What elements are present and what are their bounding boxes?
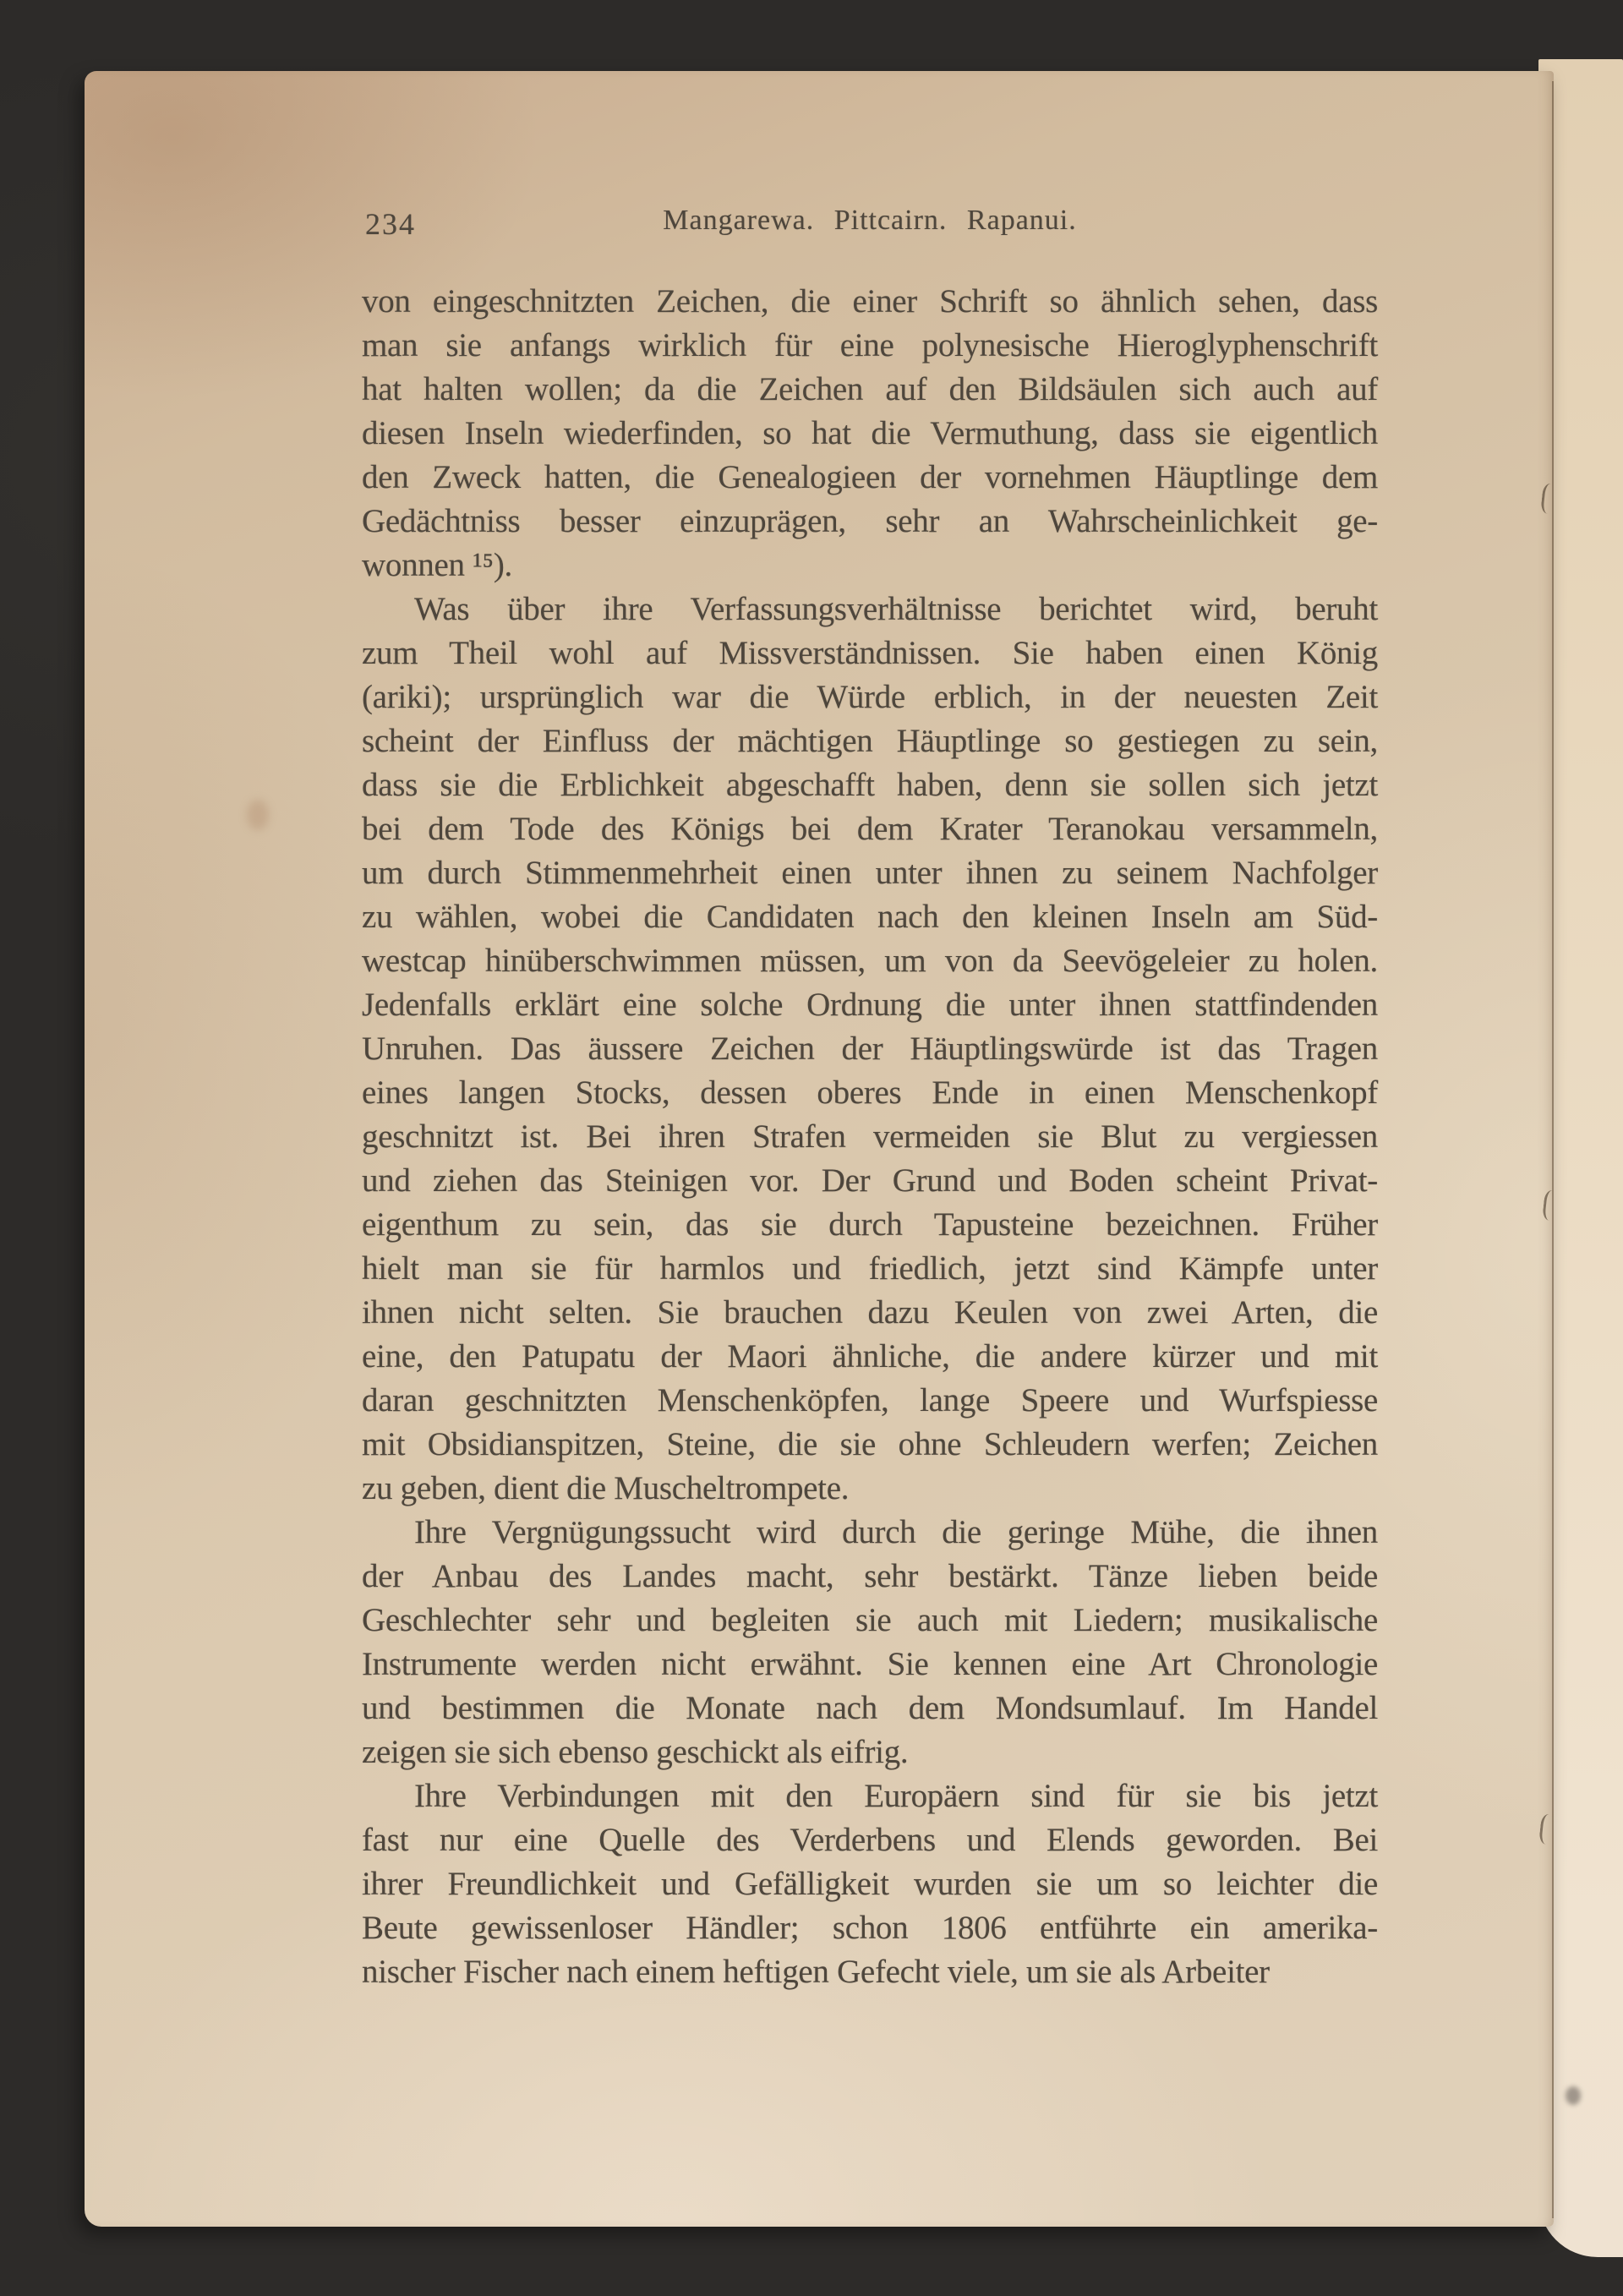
text-line: scheint der Einfluss der mächtigen Häupt… bbox=[362, 719, 1378, 763]
text-line: daran geschnitzten Menschenköpfen, lange… bbox=[362, 1379, 1378, 1423]
paragraph: von eingeschnitzten Zeichen, die einer S… bbox=[362, 280, 1378, 588]
text-line: ihnen nicht selten. Sie brauchen dazu Ke… bbox=[362, 1291, 1378, 1335]
paper-speck bbox=[1566, 2086, 1581, 2105]
text-line: westcap hinüberschwimmen müssen, um von … bbox=[362, 939, 1378, 983]
text-line: Geschlechter sehr und begleiten sie auch… bbox=[362, 1599, 1378, 1643]
paragraph: Ihre Vergnügungssucht wird durch die ger… bbox=[362, 1511, 1378, 1774]
text-line: eines langen Stocks, dessen oberes Ende … bbox=[362, 1071, 1378, 1115]
body-text: von eingeschnitzten Zeichen, die einer S… bbox=[362, 280, 1378, 1994]
text-line: fast nur eine Quelle des Verderbens und … bbox=[362, 1818, 1378, 1862]
text-line: zum Theil wohl auf Missverständnissen. S… bbox=[362, 631, 1378, 675]
text-line: der Anbau des Landes macht, sehr bestärk… bbox=[362, 1555, 1378, 1599]
book-page: 234 Mangarewa. Pittcairn. Rapanui. von e… bbox=[85, 71, 1554, 2227]
text-line: nischer Fischer nach einem heftigen Gefe… bbox=[362, 1950, 1378, 1994]
paragraph: Ihre Verbindungen mit den Europäern sind… bbox=[362, 1774, 1378, 1994]
page-number: 234 bbox=[365, 206, 416, 242]
text-line: zu wählen, wobei die Candidaten nach den… bbox=[362, 895, 1378, 939]
text-line: zu geben, dient die Muscheltrompete. bbox=[362, 1467, 1378, 1511]
text-line: man sie anfangs wirklich für eine polyne… bbox=[362, 324, 1378, 368]
text-line: Gedächtniss besser einzuprägen, sehr an … bbox=[362, 500, 1378, 544]
paragraph: Was über ihre Verfassungsverhältnisse be… bbox=[362, 588, 1378, 1511]
page-edge-line bbox=[1552, 81, 1554, 2218]
text-line: (ariki); ursprünglich war die Würde erbl… bbox=[362, 675, 1378, 719]
text-line: wonnen ¹⁵). bbox=[362, 544, 1378, 588]
running-header: Mangarewa. Pittcairn. Rapanui. bbox=[362, 205, 1378, 237]
text-line: hielt man sie für harmlos und friedlich,… bbox=[362, 1247, 1378, 1291]
text-line: dass sie die Erblichkeit abgeschafft hab… bbox=[362, 763, 1378, 807]
text-line: Beute gewissenloser Händler; schon 1806 … bbox=[362, 1906, 1378, 1950]
text-line: Jedenfalls erklärt eine solche Ordnung d… bbox=[362, 983, 1378, 1027]
text-line: geschnitzt ist. Bei ihren Strafen vermei… bbox=[362, 1115, 1378, 1159]
text-line: zeigen sie sich ebenso geschickt als eif… bbox=[362, 1730, 1378, 1774]
text-line: und bestimmen die Monate nach dem Mondsu… bbox=[362, 1686, 1378, 1730]
text-line: ihrer Freundlichkeit und Gefälligkeit wu… bbox=[362, 1862, 1378, 1906]
text-line: Was über ihre Verfassungsverhältnisse be… bbox=[362, 588, 1378, 631]
text-line: um durch Stimmenmehrheit einen unter ihn… bbox=[362, 851, 1378, 895]
text-line: hat halten wollen; da die Zeichen auf de… bbox=[362, 368, 1378, 412]
scan-background: 234 Mangarewa. Pittcairn. Rapanui. von e… bbox=[0, 0, 1623, 2296]
text-line: diesen Inseln wiederfinden, so hat die V… bbox=[362, 412, 1378, 456]
page-header: 234 Mangarewa. Pittcairn. Rapanui. bbox=[362, 205, 1378, 237]
text-line: Instrumente werden nicht erwähnt. Sie ke… bbox=[362, 1643, 1378, 1686]
paper-smudge bbox=[247, 800, 269, 830]
text-line: von eingeschnitzten Zeichen, die einer S… bbox=[362, 280, 1378, 324]
text-line: eine, den Patupatu der Maori ähnliche, d… bbox=[362, 1335, 1378, 1379]
text-line: bei dem Tode des Königs bei dem Krater T… bbox=[362, 807, 1378, 851]
text-line: Ihre Verbindungen mit den Europäern sind… bbox=[362, 1774, 1378, 1818]
text-line: Unruhen. Das äussere Zeichen der Häuptli… bbox=[362, 1027, 1378, 1071]
text-line: und ziehen das Steinigen vor. Der Grund … bbox=[362, 1159, 1378, 1203]
text-line: mit Obsidianspitzen, Steine, die sie ohn… bbox=[362, 1423, 1378, 1467]
text-line: Ihre Vergnügungssucht wird durch die ger… bbox=[362, 1511, 1378, 1555]
text-line: den Zweck hatten, die Genealogieen der v… bbox=[362, 456, 1378, 500]
text-line: eigenthum zu sein, das sie durch Tapuste… bbox=[362, 1203, 1378, 1247]
